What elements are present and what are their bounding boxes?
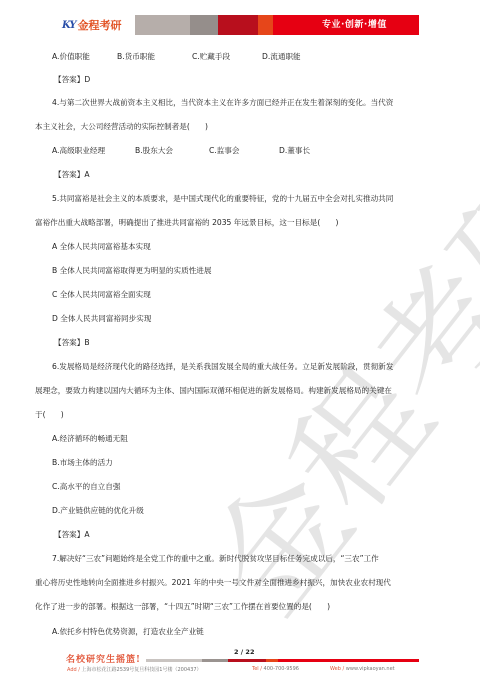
- footer-bar-segment: [266, 659, 278, 662]
- q4-stem-line2: 本主义社会，大公司经营活动的实际控制者是( ): [35, 122, 208, 132]
- phone-label: Tel /: [252, 666, 262, 672]
- option-a: A.高级职业经理: [52, 146, 105, 156]
- footer-bar-segment: [202, 659, 228, 662]
- q7-stem-line1: 7.解决好“三农”问题始终是全党工作的重中之重。新时代脱贫攻坚目标任务完成以后，…: [52, 554, 379, 564]
- q6-option-c: C.高水平的自立自强: [52, 482, 120, 492]
- address-label: Add /: [67, 667, 80, 673]
- q7-stem-line2: 重心将历史性地转向全面推进乡村振兴。2021 年的中央一号文件对全面推进乡村振兴…: [35, 578, 391, 588]
- q4-answer: 【答案】A: [54, 170, 90, 180]
- option-b: B.货币职能: [117, 52, 155, 62]
- option-c: C.贮藏手段: [192, 52, 230, 62]
- option-c: C.监事会: [209, 146, 240, 156]
- q6-stem-line2: 展理念，要致力构建以国内大循环为主体、国内国际双循环相促进的新发展格局。构建新发…: [35, 386, 392, 396]
- q5-option-a: A 全体人民共同富裕基本实现: [52, 242, 151, 252]
- q6-option-a: A.经济循环的畅通无阻: [52, 434, 128, 444]
- header-bar-segment: [218, 15, 258, 35]
- q4-stem-line1: 4.与第二次世界大战前资本主义相比，当代资本主义在许多方面已经并正在发生着深刻的…: [52, 98, 393, 108]
- logo-mark-icon: KY: [62, 20, 76, 31]
- footer-bar-segment: [228, 659, 266, 662]
- header-bar-segment: [190, 15, 218, 35]
- page-number: 2 / 22: [234, 648, 254, 656]
- address-value: 上海市松花江路2539号复旦科技园1号楼（200437）: [80, 667, 202, 673]
- option-a: A.价值职能: [52, 52, 90, 62]
- brand-logo: KY 金程考研: [62, 15, 122, 35]
- header-slogan: 专业·创新·增值: [322, 15, 387, 35]
- footer-phone: Tel / 400-700-9596: [252, 666, 299, 672]
- q5-answer: 【答案】B: [54, 338, 90, 348]
- option-d: D.流通职能: [262, 52, 301, 62]
- website-value[interactable]: www.vipkaoyan.net: [344, 666, 394, 672]
- q6-option-d: D.产业链供应链的优化升级: [52, 506, 144, 516]
- website-label: Web /: [330, 666, 344, 672]
- option-d: D.董事长: [279, 146, 310, 156]
- footer-bar-segment: [278, 659, 419, 662]
- footer-website: Web / www.vipkaoyan.net: [330, 666, 395, 672]
- q6-option-b: B.市场主体的活力: [52, 458, 113, 468]
- footer-bar-segment: [146, 659, 202, 662]
- q3-answer: 【答案】D: [54, 75, 90, 85]
- logo-text: 金程考研: [78, 17, 122, 33]
- q5-option-b: B 全体人民共同富裕取得更为明显的实质性进展: [52, 266, 212, 276]
- q5-option-c: C 全体人民共同富裕全面实现: [52, 290, 151, 300]
- q6-answer: 【答案】A: [54, 530, 90, 540]
- page-header: KY 金程考研 专业·创新·增值: [0, 0, 480, 40]
- q6-stem-line3: 于( ): [35, 410, 64, 420]
- page-footer: 2 / 22 名校研究生摇篮! Add / 上海市松花江路2539号复旦科技园1…: [0, 640, 480, 683]
- q5-stem-line1: 5.共同富裕是社会主义的本质要求，是中国式现代化的重要特征，党的十九届五中全会对…: [52, 194, 393, 204]
- q6-stem-line1: 6.发展格局是经济现代化的路径选择，是关系我国发展全局的重大战任务。立足新发展阶…: [52, 362, 393, 372]
- footer-tagline: 名校研究生摇篮!: [66, 652, 141, 665]
- header-bar-segment: [258, 15, 273, 35]
- phone-value: 400-700-9596: [262, 666, 299, 672]
- option-b: B.股东大会: [135, 146, 173, 156]
- q5-stem-line2: 富裕作出重大战略部署，明确提出了推进共同富裕的 2035 年远景目标，这一目标是…: [35, 218, 338, 228]
- header-bar-segment: [135, 15, 191, 35]
- q7-stem-line3: 化作了进一步的部署。根据这一部署，“十四五”时期“三农”工作摆在首要位置的是( …: [35, 602, 330, 612]
- q7-option-a: A.依托乡村特色优势资源，打造农业全产业链: [52, 627, 204, 637]
- q5-option-d: D 全体人民共同富裕同步实现: [52, 314, 151, 324]
- footer-address: Add / 上海市松花江路2539号复旦科技园1号楼（200437）: [67, 666, 202, 673]
